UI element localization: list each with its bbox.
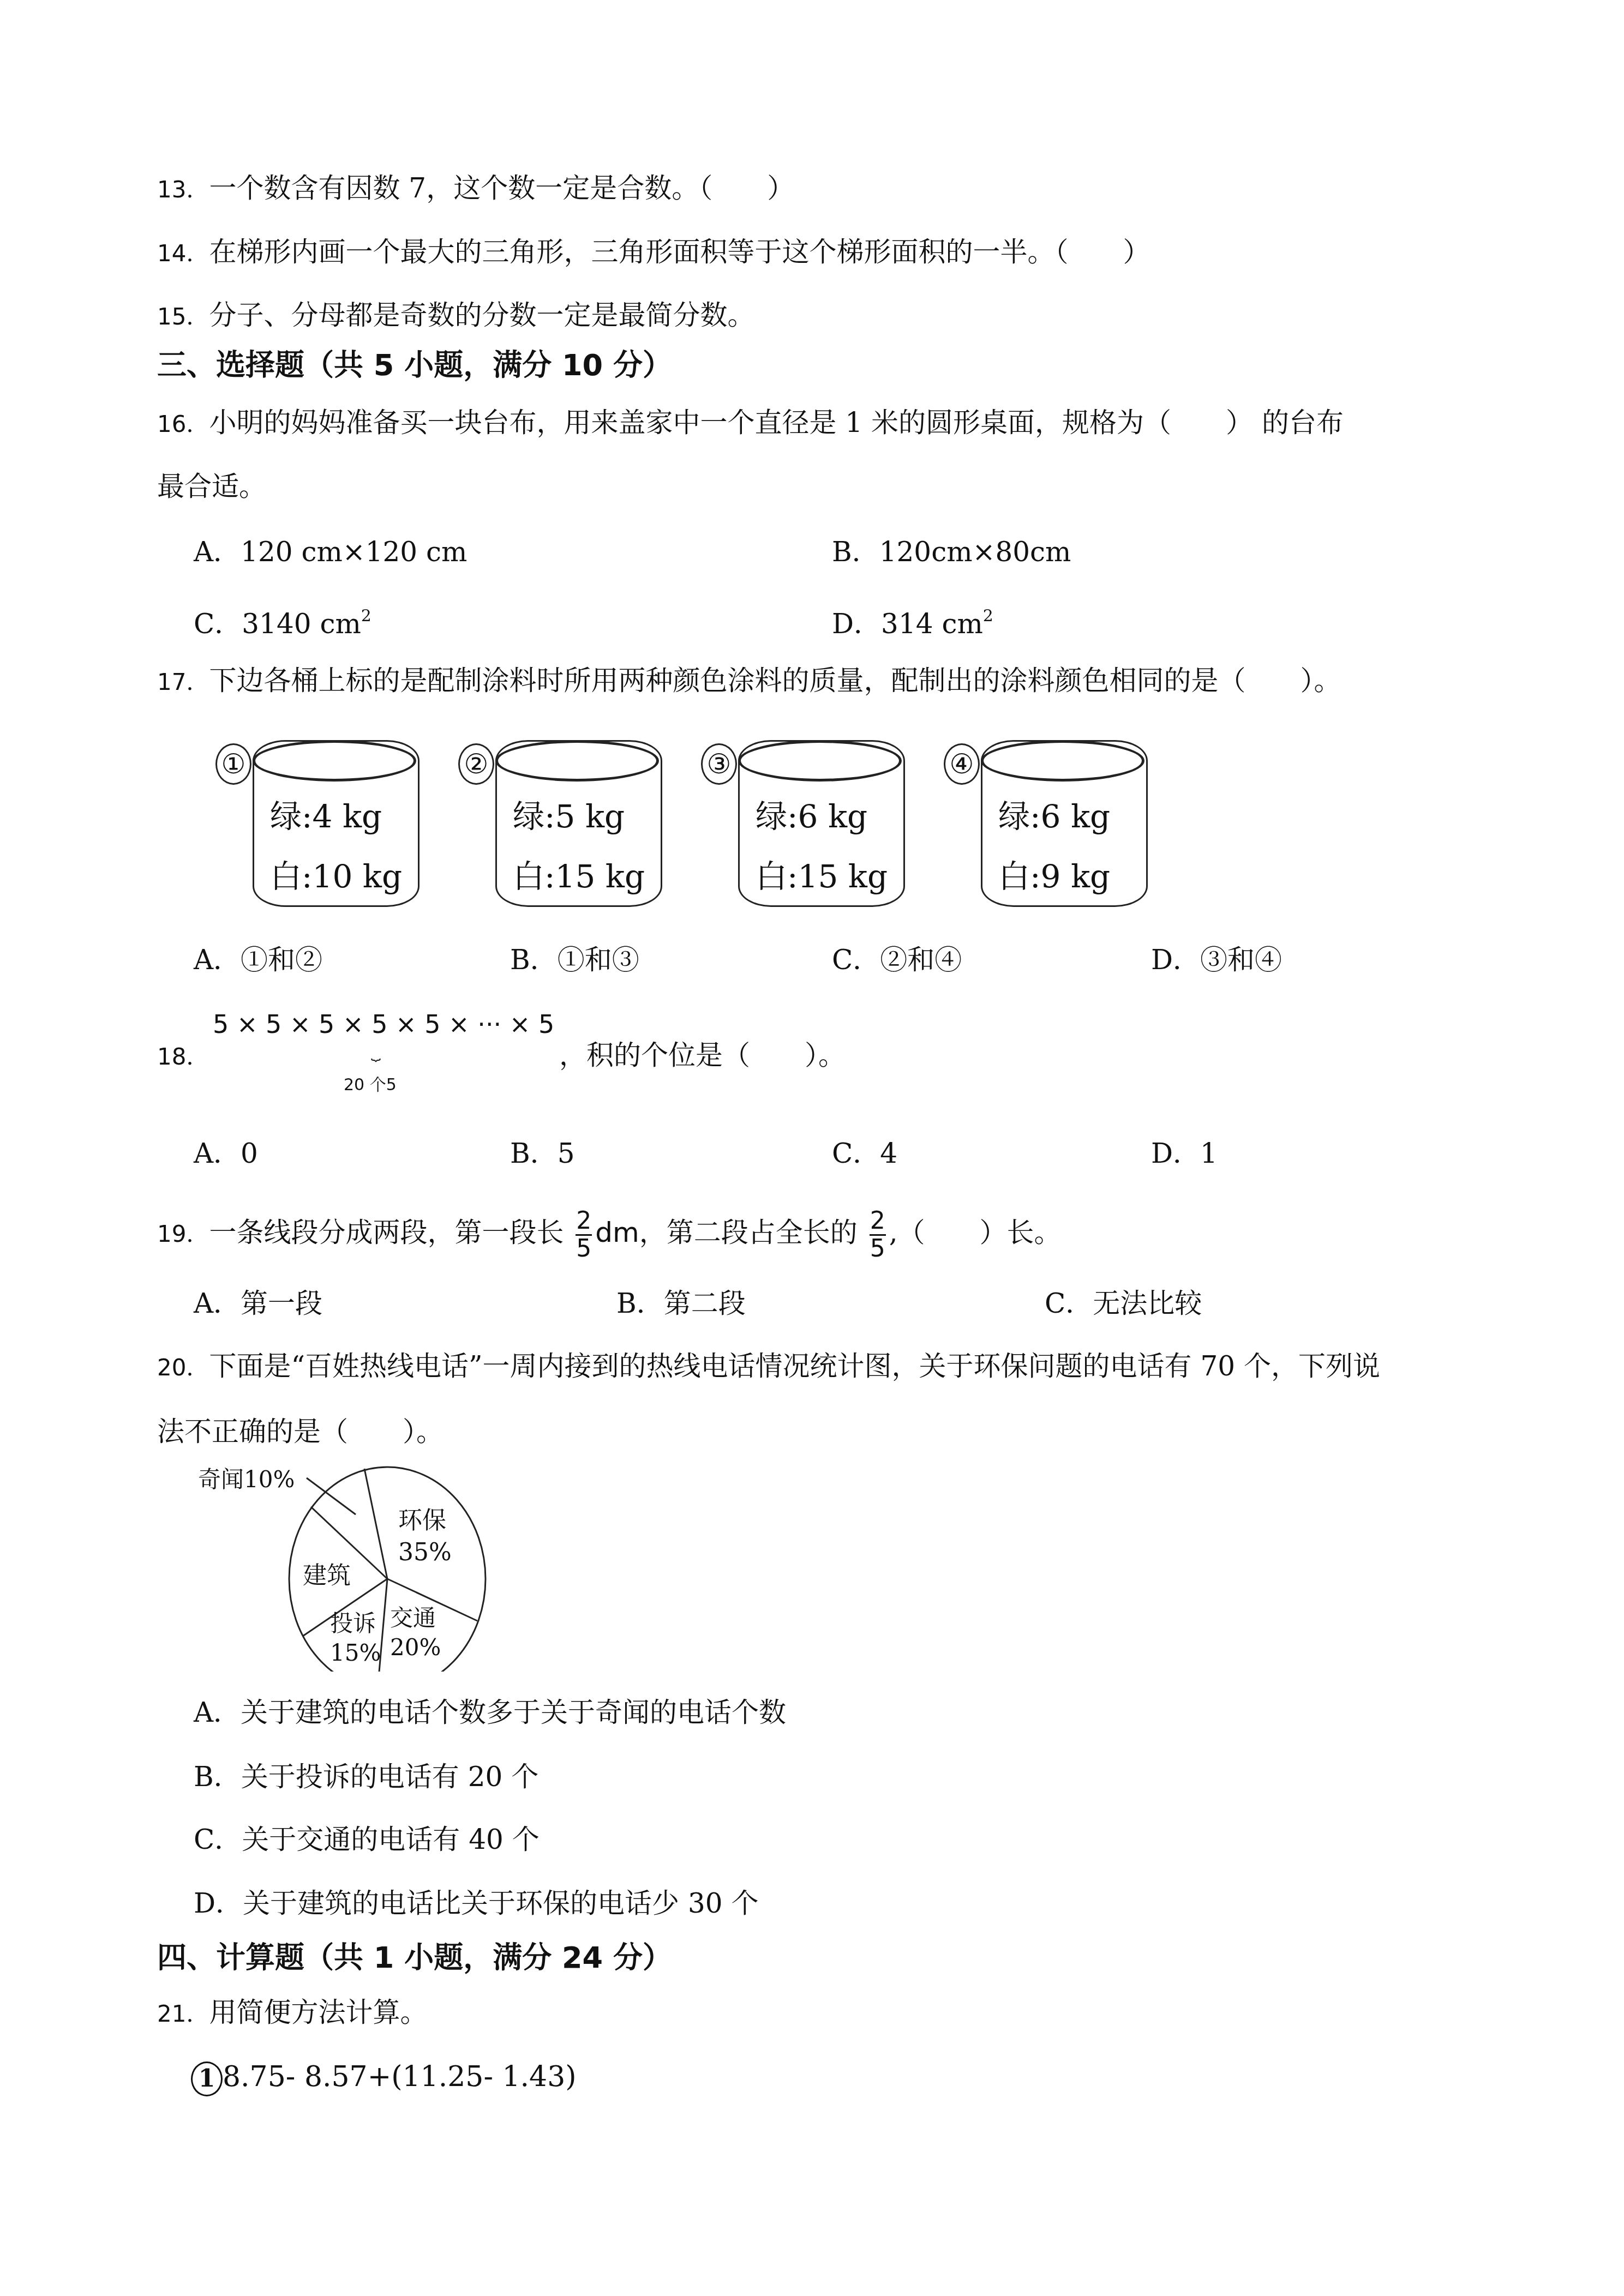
question-18-number: 18． [157,1039,209,1073]
bucket-index: ② [458,743,494,785]
question-text: 小明的妈妈准备买一块台布，用来盖家中一个直径是 1 米的圆形桌面，规格为（ ） … [209,407,1344,438]
question-14: 14．在梯形内画一个最大的三角形，三角形面积等于这个梯形面积的一半。（ ） [157,236,1150,270]
option-c: C．②和④ [832,943,962,976]
question-number: 13． [157,176,209,203]
option-b: B．第二段 [616,1287,746,1320]
option-a: A．第一段 [194,1287,322,1320]
option-a: A．0 [194,1137,258,1170]
question-number: 14． [157,240,209,267]
question-text: 用简便方法计算。 [209,1997,427,2028]
option-c: C．4 [832,1137,897,1170]
question-text: ，积的个位是（ ）。 [559,1039,846,1072]
question-16: 16．小明的妈妈准备买一块台布，用来盖家中一个直径是 1 米的圆形桌面，规格为（… [157,406,1344,441]
circled-number-icon: 1 [191,2061,223,2096]
calc-expression: 8.75- 8.57+(11.25- 1.43) [223,2060,577,2093]
option-a: A．①和② [194,943,322,976]
option-c: C．3140 cm2 [194,600,371,640]
question-number: 20． [157,1354,209,1381]
section-heading-calculation: 四、计算题（共 1 小题，满分 24 分） [157,1940,672,1975]
bucket-3: ③ 绿:6 kg 白:15 kg [701,734,886,913]
bucket-lid [495,740,659,782]
option-c: C．关于交通的电话有 40 个 [194,1823,540,1856]
pie-label-tousu: 投诉 15% [330,1609,390,1668]
option-a: A．关于建筑的电话个数多于关于奇闻的电话个数 [194,1696,786,1729]
option-d: D．关于建筑的电话比关于环保的电话少 30 个 [194,1887,759,1920]
bucket-2: ② 绿:5 kg 白:15 kg [458,734,644,913]
question-number: 16． [157,411,209,437]
brace-label: 20 个5 [344,1069,397,1102]
option-b: B．关于投诉的电话有 20 个 [194,1760,538,1793]
calc-item-1: 18.75- 8.57+(11.25- 1.43) [191,2060,577,2096]
pie-label-qiwen: 奇闻10% [198,1463,295,1496]
question-text: 在梯形内画一个最大的三角形，三角形面积等于这个梯形面积的一半。（ ） [209,236,1150,268]
question-number: 15． [157,303,209,330]
bucket-1: ① 绿:4 kg 白:10 kg [215,734,401,913]
section-heading-choice: 三、选择题（共 5 小题，满分 10 分） [157,348,672,383]
bucket-4: ④ 绿:6 kg 白:9 kg [944,734,1129,913]
question-17: 17．下边各桶上标的是配制涂料时所用两种颜色涂料的质量，配制出的涂料颜色相同的是… [157,664,1341,699]
question-20: 20．下面是“百姓热线电话”一周内接到的热线电话情况统计图，关于环保问题的电话有… [157,1350,1380,1384]
question-text: 下面是“百姓热线电话”一周内接到的热线电话情况统计图，关于环保问题的电话有 70… [209,1350,1380,1382]
option-b: B．5 [510,1137,575,1170]
bucket-index: ④ [944,743,980,785]
question-number: 19． [157,1221,209,1247]
multiplication-expression: 5 × 5 × 5 × 5 × 5 × ··· × 5 [213,1008,554,1041]
bucket-index: ③ [701,743,737,785]
question-16-continued: 最合适。 [157,470,266,503]
option-d: D．314 cm2 [832,600,993,640]
question-15: 15．分子、分母都是奇数的分数一定是最简分数。 [157,299,754,333]
question-number: 17． [157,669,209,695]
option-b: B．①和③ [510,943,639,976]
pie-label-jiaotong: 交通 20% [390,1603,450,1662]
pie-label-jianzhu: 建筑 [303,1560,351,1592]
fraction: 25 [870,1208,886,1262]
option-b: B．120cm×80cm [832,536,1071,568]
underbrace-icon: ⏟ [371,1036,381,1069]
bucket-lid [253,740,416,782]
bucket-lid [738,740,902,782]
question-20-continued: 法不正确的是（ ）。 [157,1415,444,1448]
question-19: 19．一条线段分成两段，第一段长 25dm，第二段占全长的 25,（ ）长。 [157,1203,1062,1264]
pie-label-huanbao: 环保 35% [398,1505,464,1568]
bucket-index: ① [215,743,251,785]
question-number: 21． [157,2000,209,2027]
bucket-lid [981,740,1144,782]
question-13: 13．一个数含有因数 7，这个数一定是合数。（ ） [157,172,794,206]
pie-chart: 奇闻10% 环保 35% 建筑 投诉 15% 交通 20% [180,1453,507,1672]
paint-buckets-figure: ① 绿:4 kg 白:10 kg ② 绿:5 kg 白:15 kg ③ 绿:6 … [215,734,1186,913]
question-text: 下边各桶上标的是配制涂料时所用两种颜色涂料的质量，配制出的涂料颜色相同的是（ ）… [209,665,1341,696]
option-c: C．无法比较 [1045,1287,1202,1320]
question-21: 21．用简便方法计算。 [157,1996,427,2030]
question-text: 一个数含有因数 7，这个数一定是合数。（ ） [209,172,794,204]
fraction: 25 [576,1208,592,1262]
question-text: 分子、分母都是奇数的分数一定是最简分数。 [209,299,754,331]
option-d: D．1 [1151,1137,1218,1170]
option-d: D．③和④ [1151,943,1282,976]
option-a: A．120 cm×120 cm [194,536,468,568]
